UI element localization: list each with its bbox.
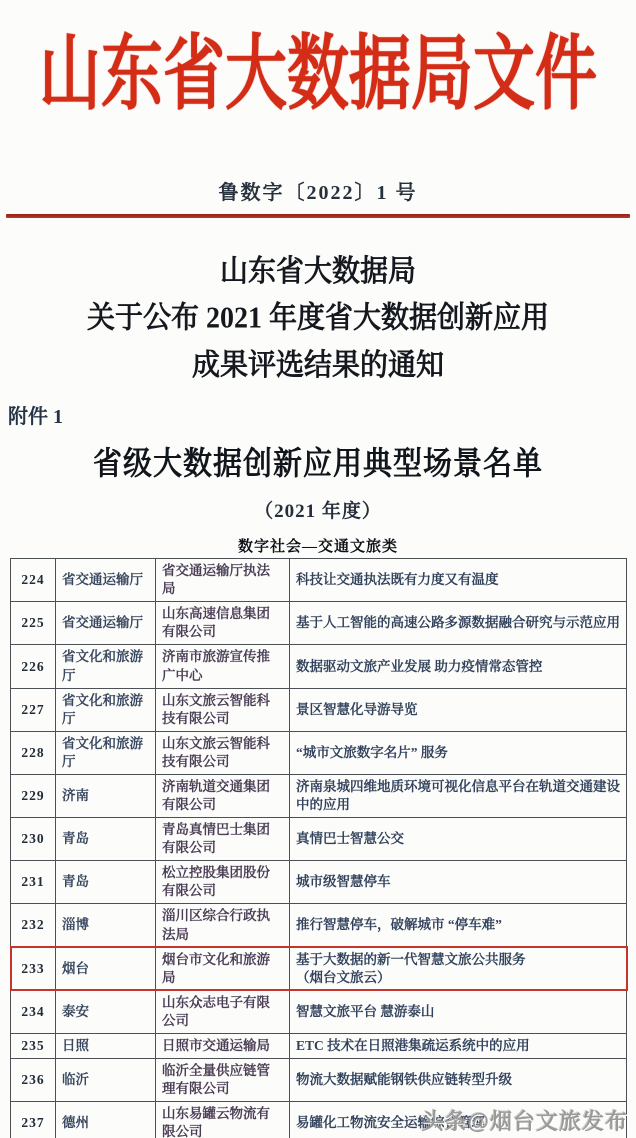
row-region: 日照 [56,1033,156,1058]
row-organization: 松立控股集团股份有限公司 [156,861,290,904]
letterhead-title: 山东省大数据局文件 [39,7,597,124]
row-organization: 山东文旅云智能科技有限公司 [156,688,290,731]
row-number: 234 [11,990,56,1033]
document-number: 鲁数字〔2022〕1 号 [0,176,636,205]
table-row: 235 日照 日照市交通运输局 ETC 技术在日照港集疏运系统中的应用 [11,1033,627,1058]
row-description: 基于人工智能的高速公路多源数据融合研究与示范应用 [290,602,627,645]
row-number: 236 [11,1058,56,1101]
row-organization: 山东高速信息集团有限公司 [156,602,290,645]
row-region: 省文化和旅游厅 [56,688,156,731]
row-description: 城市级智慧停车 [290,861,627,904]
table-section-header: 数字社会—交通文旅类 [0,535,636,556]
table-row: 226 省文化和旅游厅 济南市旅游宣传推广中心 数据驱动文旅产业发展 助力疫情常… [11,645,627,688]
table-row: 236 临沂 临沂全量供应链管理有限公司 物流大数据赋能钢铁供应链转型升级 [11,1058,627,1101]
results-table-body: 224 省交通运输厅 省交通运输厅执法局 科技让交通执法既有力度又有温度 225… [11,559,627,1138]
row-number: 235 [11,1033,56,1058]
row-region: 省文化和旅游厅 [56,731,156,774]
row-region: 省交通运输厅 [56,559,156,602]
row-region: 省交通运输厅 [56,602,156,645]
row-region: 省文化和旅游厅 [56,645,156,688]
table-row: 234 泰安 山东众志电子有限公司 智慧文旅平台 慧游泰山 [11,990,627,1033]
row-number: 224 [11,559,56,602]
row-organization: 济南轨道交通集团有限公司 [156,774,290,817]
row-organization: 日照市交通运输局 [156,1033,290,1058]
row-region: 淄博 [56,904,156,947]
row-description: 数据驱动文旅产业发展 助力疫情常态管控 [290,645,627,688]
row-organization: 山东众志电子有限公司 [156,990,290,1033]
row-region: 青岛 [56,818,156,861]
letterhead: 山东省大数据局文件 [0,14,636,118]
attachment-label: 附件 1 [8,400,636,429]
table-row: 225 省交通运输厅 山东高速信息集团有限公司 基于人工智能的高速公路多源数据融… [11,602,627,645]
row-organization: 省交通运输厅执法局 [156,559,290,602]
row-region: 济南 [56,774,156,817]
row-description: 真情巴士智慧公交 [290,818,627,861]
row-region: 烟台 [56,947,156,990]
watermark-text: 头条@烟台文旅发布 [422,1105,628,1136]
table-row: 232 淄博 淄川区综合行政执法局 推行智慧停车，破解城市 “停车难” [11,904,627,947]
notice-title-line1: 山东省大数据局 [0,249,636,296]
row-number: 230 [11,818,56,861]
attachment-title: 省级大数据创新应用典型场景名单 [0,439,636,484]
row-description: 景区智慧化导游导览 [290,688,627,731]
table-row: 233 烟台 烟台市文化和旅游局 基于大数据的新一代智慧文旅公共服务 （烟台文旅… [11,947,627,990]
row-organization: 济南市旅游宣传推广中心 [156,645,290,688]
row-description: 推行智慧停车，破解城市 “停车难” [290,904,627,947]
row-number: 226 [11,645,56,688]
row-number: 231 [11,861,56,904]
results-table: 224 省交通运输厅 省交通运输厅执法局 科技让交通执法既有力度又有温度 225… [10,558,627,1138]
table-row: 224 省交通运输厅 省交通运输厅执法局 科技让交通执法既有力度又有温度 [11,559,627,602]
document-page: 山东省大数据局文件 鲁数字〔2022〕1 号 山东省大数据局 关于公布 2021… [0,0,636,1138]
row-number: 232 [11,904,56,947]
row-number: 227 [11,688,56,731]
row-number: 229 [11,774,56,817]
row-description: “城市文旅数字名片” 服务 [290,731,627,774]
table-row: 231 青岛 松立控股集团股份有限公司 城市级智慧停车 [11,861,627,904]
table-row: 228 省文化和旅游厅 山东文旅云智能科技有限公司 “城市文旅数字名片” 服务 [11,731,627,774]
row-organization: 临沂全量供应链管理有限公司 [156,1058,290,1101]
row-number: 233 [11,947,56,990]
notice-title-line3: 成果评选结果的通知 [0,343,636,390]
row-description: 智慧文旅平台 慧游泰山 [290,990,627,1033]
row-number: 225 [11,602,56,645]
row-organization: 烟台市文化和旅游局 [156,947,290,990]
row-number: 237 [11,1102,56,1138]
row-organization: 淄川区综合行政执法局 [156,904,290,947]
row-region: 德州 [56,1102,156,1138]
table-row: 229 济南 济南轨道交通集团有限公司 济南泉城四维地质环境可视化信息平台在轨道… [11,774,627,817]
notice-title-line2: 关于公布 2021 年度省大数据创新应用 [0,296,636,343]
table-row: 227 省文化和旅游厅 山东文旅云智能科技有限公司 景区智慧化导游导览 [11,688,627,731]
row-region: 临沂 [56,1058,156,1101]
row-region: 青岛 [56,861,156,904]
row-organization: 山东文旅云智能科技有限公司 [156,731,290,774]
row-description: 物流大数据赋能钢铁供应链转型升级 [290,1058,627,1101]
row-description: ETC 技术在日照港集疏运系统中的应用 [290,1033,627,1058]
row-description: 科技让交通执法既有力度又有温度 [290,559,627,602]
row-description: 基于大数据的新一代智慧文旅公共服务 （烟台文旅云） [290,947,627,990]
attachment-subtitle: （2021 年度） [0,496,636,523]
notice-title: 山东省大数据局 关于公布 2021 年度省大数据创新应用 成果评选结果的通知 [0,249,636,390]
row-number: 228 [11,731,56,774]
row-organization: 青岛真情巴士集团有限公司 [156,818,290,861]
red-divider-line [6,214,630,218]
row-description: 济南泉城四维地质环境可视化信息平台在轨道交通建设中的应用 [290,774,627,817]
row-organization: 山东易罐云物流有限公司 [156,1102,290,1138]
row-region: 泰安 [56,990,156,1033]
table-row: 230 青岛 青岛真情巴士集团有限公司 真情巴士智慧公交 [11,818,627,861]
